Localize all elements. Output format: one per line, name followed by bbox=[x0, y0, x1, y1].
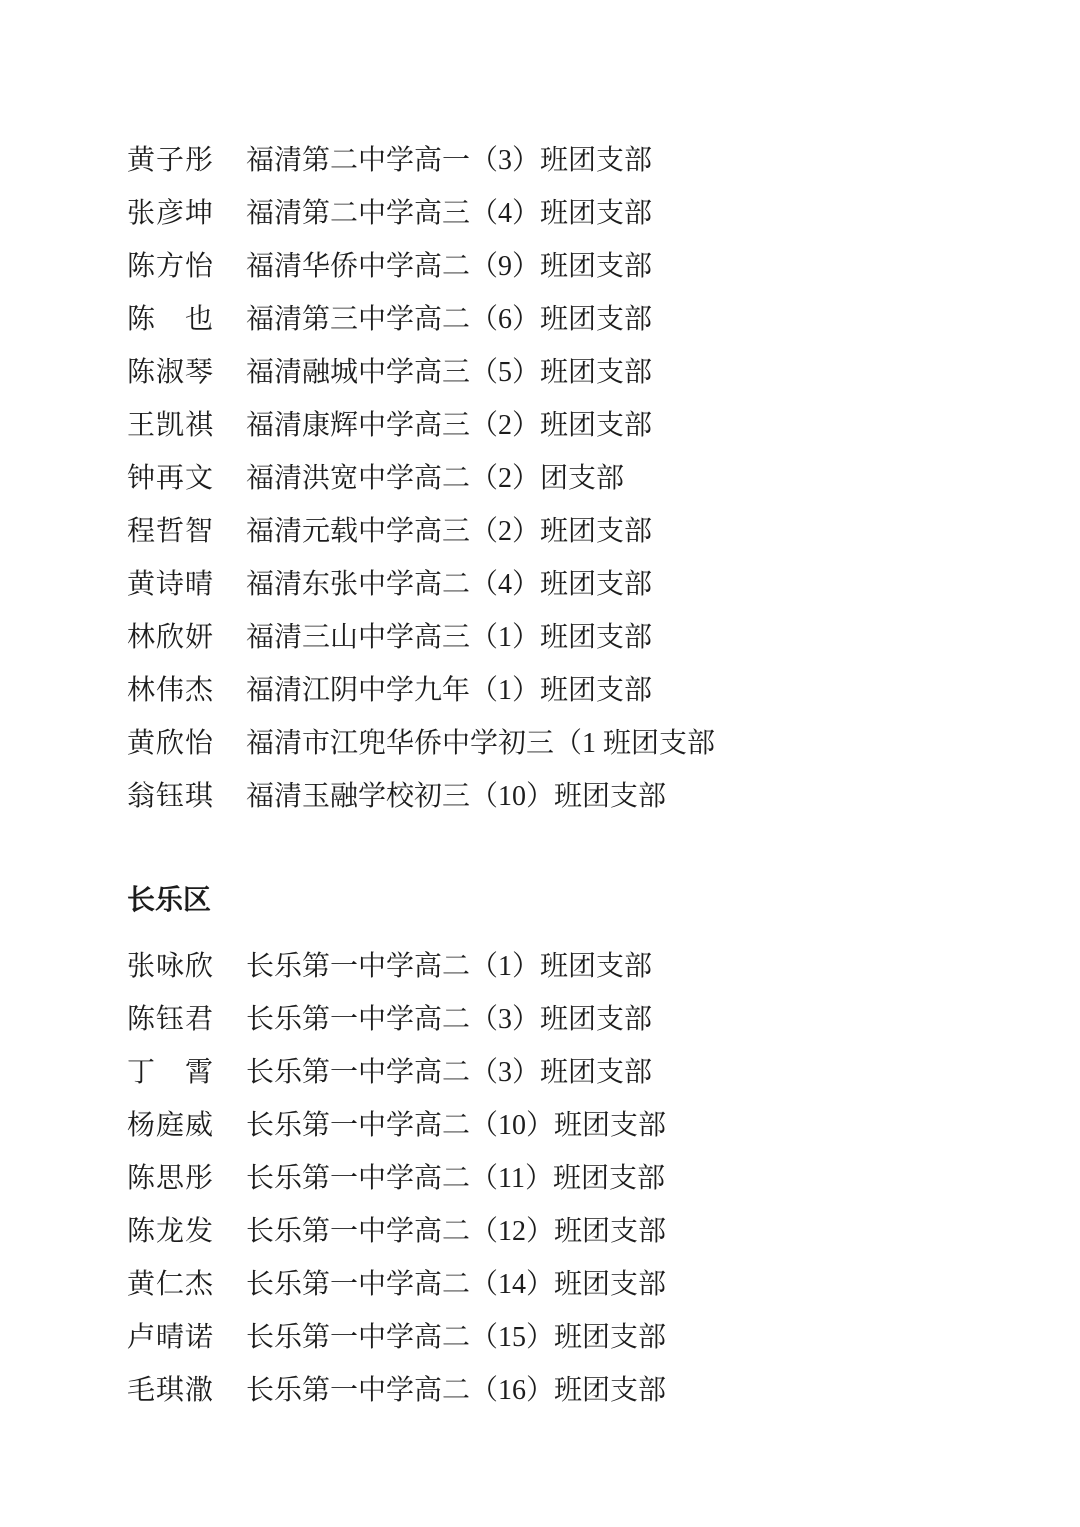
member-branch: 福清洪宽中学高二（2）团支部 bbox=[246, 452, 624, 505]
roster-row: 陈淑琴福清融城中学高三（5）班团支部 bbox=[127, 346, 1040, 399]
roster-row: 林欣妍福清三山中学高三（1）班团支部 bbox=[127, 611, 1040, 664]
roster-row: 陈钰君长乐第一中学高二（3）班团支部 bbox=[127, 993, 1040, 1046]
member-name: 毛琪潵 bbox=[127, 1364, 213, 1417]
member-branch: 福清三山中学高三（1）班团支部 bbox=[246, 611, 652, 664]
member-branch: 福清康辉中学高三（2）班团支部 bbox=[246, 399, 652, 452]
member-name: 卢晴诺 bbox=[127, 1311, 213, 1364]
roster-row: 张咏欣长乐第一中学高二（1）班团支部 bbox=[127, 940, 1040, 993]
roster-row: 黄诗晴福清东张中学高二（4）班团支部 bbox=[127, 558, 1040, 611]
member-branch: 福清第二中学高一（3）班团支部 bbox=[246, 134, 652, 187]
region-header-changle: 长乐区 bbox=[127, 874, 1040, 927]
member-name: 陈方怡 bbox=[127, 240, 213, 293]
member-branch: 福清东张中学高二（4）班团支部 bbox=[246, 558, 652, 611]
roster-row: 黄欣怡福清市江兜华侨中学初三（1 班团支部 bbox=[127, 717, 1040, 770]
roster-row: 陈龙发长乐第一中学高二（12）班团支部 bbox=[127, 1205, 1040, 1258]
roster-row: 黄子彤福清第二中学高一（3）班团支部 bbox=[127, 134, 1040, 187]
member-name: 张彦坤 bbox=[127, 187, 213, 240]
member-name: 黄欣怡 bbox=[127, 717, 213, 770]
roster-row: 毛琪潵长乐第一中学高二（16）班团支部 bbox=[127, 1364, 1040, 1417]
member-name: 陈 也 bbox=[127, 293, 213, 346]
member-name: 陈钰君 bbox=[127, 993, 213, 1046]
roster-row: 陈思彤长乐第一中学高二（11）班团支部 bbox=[127, 1152, 1040, 1205]
member-branch: 长乐第一中学高二（16）班团支部 bbox=[246, 1364, 666, 1417]
member-branch: 福清融城中学高三（5）班团支部 bbox=[246, 346, 652, 399]
roster-row: 黄仁杰长乐第一中学高二（14）班团支部 bbox=[127, 1258, 1040, 1311]
member-branch: 长乐第一中学高二（3）班团支部 bbox=[246, 993, 652, 1046]
member-name: 林欣妍 bbox=[127, 611, 213, 664]
roster-row: 杨庭威长乐第一中学高二（10）班团支部 bbox=[127, 1099, 1040, 1152]
member-name: 黄仁杰 bbox=[127, 1258, 213, 1311]
roster-row: 王凯祺福清康辉中学高三（2）班团支部 bbox=[127, 399, 1040, 452]
roster-row: 卢晴诺长乐第一中学高二（15）班团支部 bbox=[127, 1311, 1040, 1364]
roster-row: 钟再文福清洪宽中学高二（2）团支部 bbox=[127, 452, 1040, 505]
roster-row: 陈方怡福清华侨中学高二（9）班团支部 bbox=[127, 240, 1040, 293]
member-name: 王凯祺 bbox=[127, 399, 213, 452]
member-name: 黄子彤 bbox=[127, 134, 213, 187]
member-name: 程哲智 bbox=[127, 505, 213, 558]
member-branch: 长乐第一中学高二（14）班团支部 bbox=[246, 1258, 666, 1311]
roster-section-changle: 张咏欣长乐第一中学高二（1）班团支部陈钰君长乐第一中学高二（3）班团支部丁 霄长… bbox=[127, 940, 1040, 1417]
member-branch: 福清第二中学高三（4）班团支部 bbox=[246, 187, 652, 240]
member-name: 杨庭威 bbox=[127, 1099, 213, 1152]
member-branch: 长乐第一中学高二（12）班团支部 bbox=[246, 1205, 666, 1258]
member-branch: 长乐第一中学高二（1）班团支部 bbox=[246, 940, 652, 993]
member-branch: 长乐第一中学高二（3）班团支部 bbox=[246, 1046, 652, 1099]
roster-row: 陈 也福清第三中学高二（6）班团支部 bbox=[127, 293, 1040, 346]
member-branch: 长乐第一中学高二（11）班团支部 bbox=[246, 1152, 665, 1205]
member-name: 陈淑琴 bbox=[127, 346, 213, 399]
roster-section-fuqing: 黄子彤福清第二中学高一（3）班团支部张彦坤福清第二中学高三（4）班团支部陈方怡福… bbox=[127, 134, 1040, 823]
roster-row: 程哲智福清元载中学高三（2）班团支部 bbox=[127, 505, 1040, 558]
member-branch: 长乐第一中学高二（10）班团支部 bbox=[246, 1099, 666, 1152]
roster-row: 张彦坤福清第二中学高三（4）班团支部 bbox=[127, 187, 1040, 240]
document-content: 黄子彤福清第二中学高一（3）班团支部张彦坤福清第二中学高三（4）班团支部陈方怡福… bbox=[127, 134, 1040, 1417]
member-branch: 福清华侨中学高二（9）班团支部 bbox=[246, 240, 652, 293]
document-page: 黄子彤福清第二中学高一（3）班团支部张彦坤福清第二中学高三（4）班团支部陈方怡福… bbox=[0, 0, 1080, 1527]
member-name: 张咏欣 bbox=[127, 940, 213, 993]
member-branch: 福清元载中学高三（2）班团支部 bbox=[246, 505, 652, 558]
member-branch: 福清玉融学校初三（10）班团支部 bbox=[246, 770, 666, 823]
member-name: 丁 霄 bbox=[127, 1046, 213, 1099]
roster-row: 翁钰琪福清玉融学校初三（10）班团支部 bbox=[127, 770, 1040, 823]
member-branch: 福清市江兜华侨中学初三（1 班团支部 bbox=[246, 717, 715, 770]
member-branch: 长乐第一中学高二（15）班团支部 bbox=[246, 1311, 666, 1364]
member-name: 陈思彤 bbox=[127, 1152, 213, 1205]
roster-row: 林伟杰福清江阴中学九年（1）班团支部 bbox=[127, 664, 1040, 717]
member-name: 黄诗晴 bbox=[127, 558, 213, 611]
member-name: 钟再文 bbox=[127, 452, 213, 505]
member-name: 陈龙发 bbox=[127, 1205, 213, 1258]
member-branch: 福清第三中学高二（6）班团支部 bbox=[246, 293, 652, 346]
member-name: 翁钰琪 bbox=[127, 770, 213, 823]
roster-row: 丁 霄长乐第一中学高二（3）班团支部 bbox=[127, 1046, 1040, 1099]
member-branch: 福清江阴中学九年（1）班团支部 bbox=[246, 664, 652, 717]
member-name: 林伟杰 bbox=[127, 664, 213, 717]
